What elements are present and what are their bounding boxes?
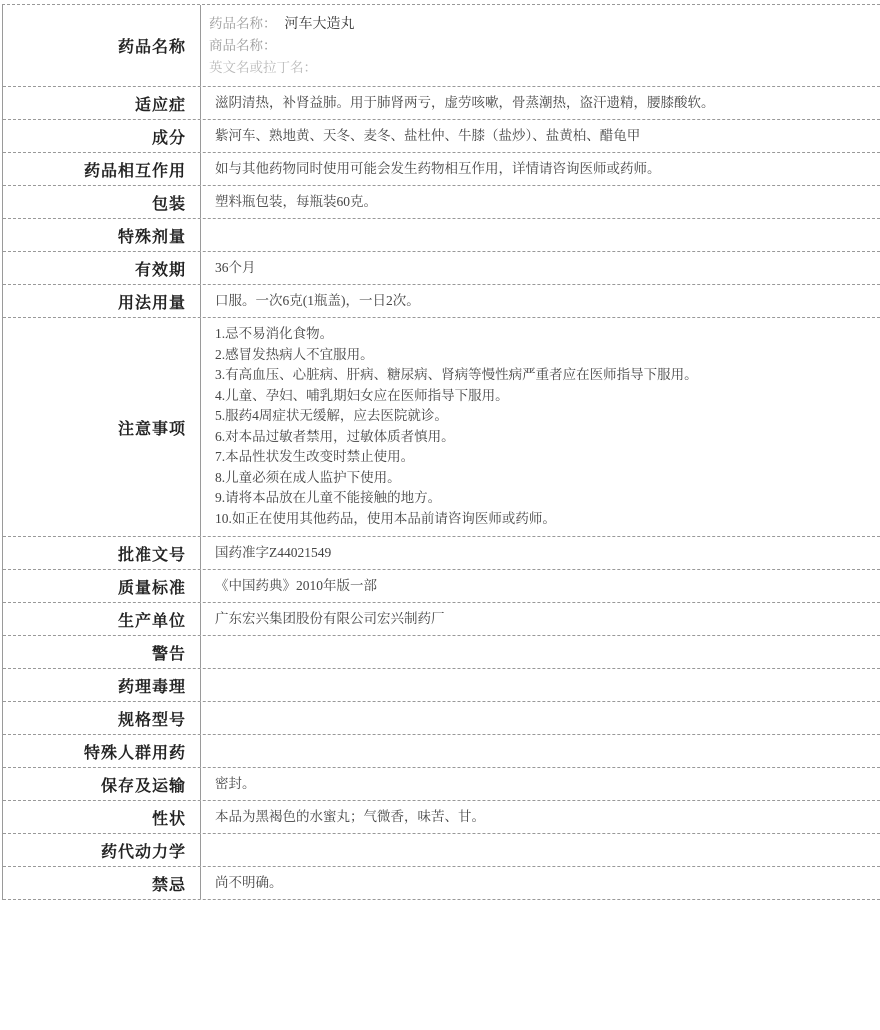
- row-label: 保存及运输: [3, 768, 201, 800]
- row-label: 注意事项: [3, 318, 201, 536]
- table-row-special-dosage: 特殊剂量: [3, 219, 880, 252]
- row-value: 如与其他药物同时使用可能会发生药物相互作用，详情请咨询医师或药师。: [201, 153, 880, 185]
- row-value: 《中国药典》2010年版一部: [201, 570, 880, 602]
- field-key-trade-name: 商品名称：: [209, 38, 277, 53]
- table-row-packaging: 包装 塑料瓶包装，每瓶装60克。: [3, 186, 880, 219]
- english-name-line: 英文名或拉丁名：: [209, 57, 325, 79]
- row-label: 成分: [3, 120, 201, 152]
- row-label: 批准文号: [3, 537, 201, 569]
- row-value: [201, 834, 880, 866]
- row-value: [201, 219, 880, 251]
- field-key-english-name: 英文名或拉丁名：: [209, 60, 317, 75]
- field-value-drug-name: 河车大造丸: [285, 17, 355, 32]
- row-value: 国药准字Z44021549: [201, 537, 880, 569]
- row-label: 规格型号: [3, 702, 201, 734]
- row-label: 包装: [3, 186, 201, 218]
- row-value: 本品为黑褐色的水蜜丸；气微香，味苦、甘。: [201, 801, 880, 833]
- row-value: 36个月: [201, 252, 880, 284]
- row-value: 1.忌不易消化食物。 2.感冒发热病人不宜服用。 3.有高血压、心脏病、肝病、糖…: [201, 318, 880, 536]
- table-row-manufacturer: 生产单位 广东宏兴集团股份有限公司宏兴制药厂: [3, 603, 880, 636]
- row-label: 有效期: [3, 252, 201, 284]
- row-label: 药代动力学: [3, 834, 201, 866]
- table-row-special-populations: 特殊人群用药: [3, 735, 880, 768]
- row-value: [201, 702, 880, 734]
- drug-name-line: 药品名称：河车大造丸: [209, 13, 355, 35]
- row-value: 滋阴清热，补肾益肺。用于肺肾两亏，虚劳咳嗽，骨蒸潮热，盗汗遗精，腰膝酸软。: [201, 87, 880, 119]
- table-row-precautions: 注意事项 1.忌不易消化食物。 2.感冒发热病人不宜服用。 3.有高血压、心脏病…: [3, 318, 880, 537]
- table-row-pharmacokinetics: 药代动力学: [3, 834, 880, 867]
- row-value: [201, 636, 880, 668]
- table-row-specification: 规格型号: [3, 702, 880, 735]
- table-row-contraindications: 禁忌 尚不明确。: [3, 867, 880, 900]
- row-value: 紫河车、熟地黄、天冬、麦冬、盐杜仲、牛膝（盐炒）、盐黄柏、醋龟甲: [201, 120, 880, 152]
- trade-name-line: 商品名称：: [209, 35, 285, 57]
- row-label: 警告: [3, 636, 201, 668]
- table-row-interactions: 药品相互作用 如与其他药物同时使用可能会发生药物相互作用，详情请咨询医师或药师。: [3, 153, 880, 186]
- field-key-drug-name: 药品名称：: [209, 16, 277, 31]
- row-label: 性状: [3, 801, 201, 833]
- table-row-quality-standard: 质量标准 《中国药典》2010年版一部: [3, 570, 880, 603]
- row-value: [201, 735, 880, 767]
- row-label: 特殊剂量: [3, 219, 201, 251]
- row-label: 药品名称: [3, 5, 201, 86]
- row-value: 尚不明确。: [201, 867, 880, 899]
- row-label: 药品相互作用: [3, 153, 201, 185]
- row-label: 生产单位: [3, 603, 201, 635]
- table-row-ingredients: 成分 紫河车、熟地黄、天冬、麦冬、盐杜仲、牛膝（盐炒）、盐黄柏、醋龟甲: [3, 120, 880, 153]
- row-label: 适应症: [3, 87, 201, 119]
- table-row-pharmacology: 药理毒理: [3, 669, 880, 702]
- drug-info-table: 药品名称 药品名称：河车大造丸 商品名称： 英文名或拉丁名： 适应症 滋阴清热，…: [2, 4, 880, 900]
- table-row-characteristics: 性状 本品为黑褐色的水蜜丸；气微香，味苦、甘。: [3, 801, 880, 834]
- table-row-drug-name: 药品名称 药品名称：河车大造丸 商品名称： 英文名或拉丁名：: [3, 5, 880, 87]
- table-row-storage: 保存及运输 密封。: [3, 768, 880, 801]
- row-label: 特殊人群用药: [3, 735, 201, 767]
- drug-name-cell: 药品名称：河车大造丸 商品名称： 英文名或拉丁名：: [201, 5, 880, 86]
- row-label: 禁忌: [3, 867, 201, 899]
- table-row-usage-dosage: 用法用量 口服。一次6克(1瓶盖)，一日2次。: [3, 285, 880, 318]
- table-row-approval-number: 批准文号 国药准字Z44021549: [3, 537, 880, 570]
- row-value: [201, 669, 880, 701]
- table-row-shelf-life: 有效期 36个月: [3, 252, 880, 285]
- table-row-indications: 适应症 滋阴清热，补肾益肺。用于肺肾两亏，虚劳咳嗽，骨蒸潮热，盗汗遗精，腰膝酸软…: [3, 87, 880, 120]
- row-value: 口服。一次6克(1瓶盖)，一日2次。: [201, 285, 880, 317]
- row-label: 药理毒理: [3, 669, 201, 701]
- row-label: 用法用量: [3, 285, 201, 317]
- row-value: 塑料瓶包装，每瓶装60克。: [201, 186, 880, 218]
- row-label: 质量标准: [3, 570, 201, 602]
- table-row-warning: 警告: [3, 636, 880, 669]
- row-value: 广东宏兴集团股份有限公司宏兴制药厂: [201, 603, 880, 635]
- row-value: 密封。: [201, 768, 880, 800]
